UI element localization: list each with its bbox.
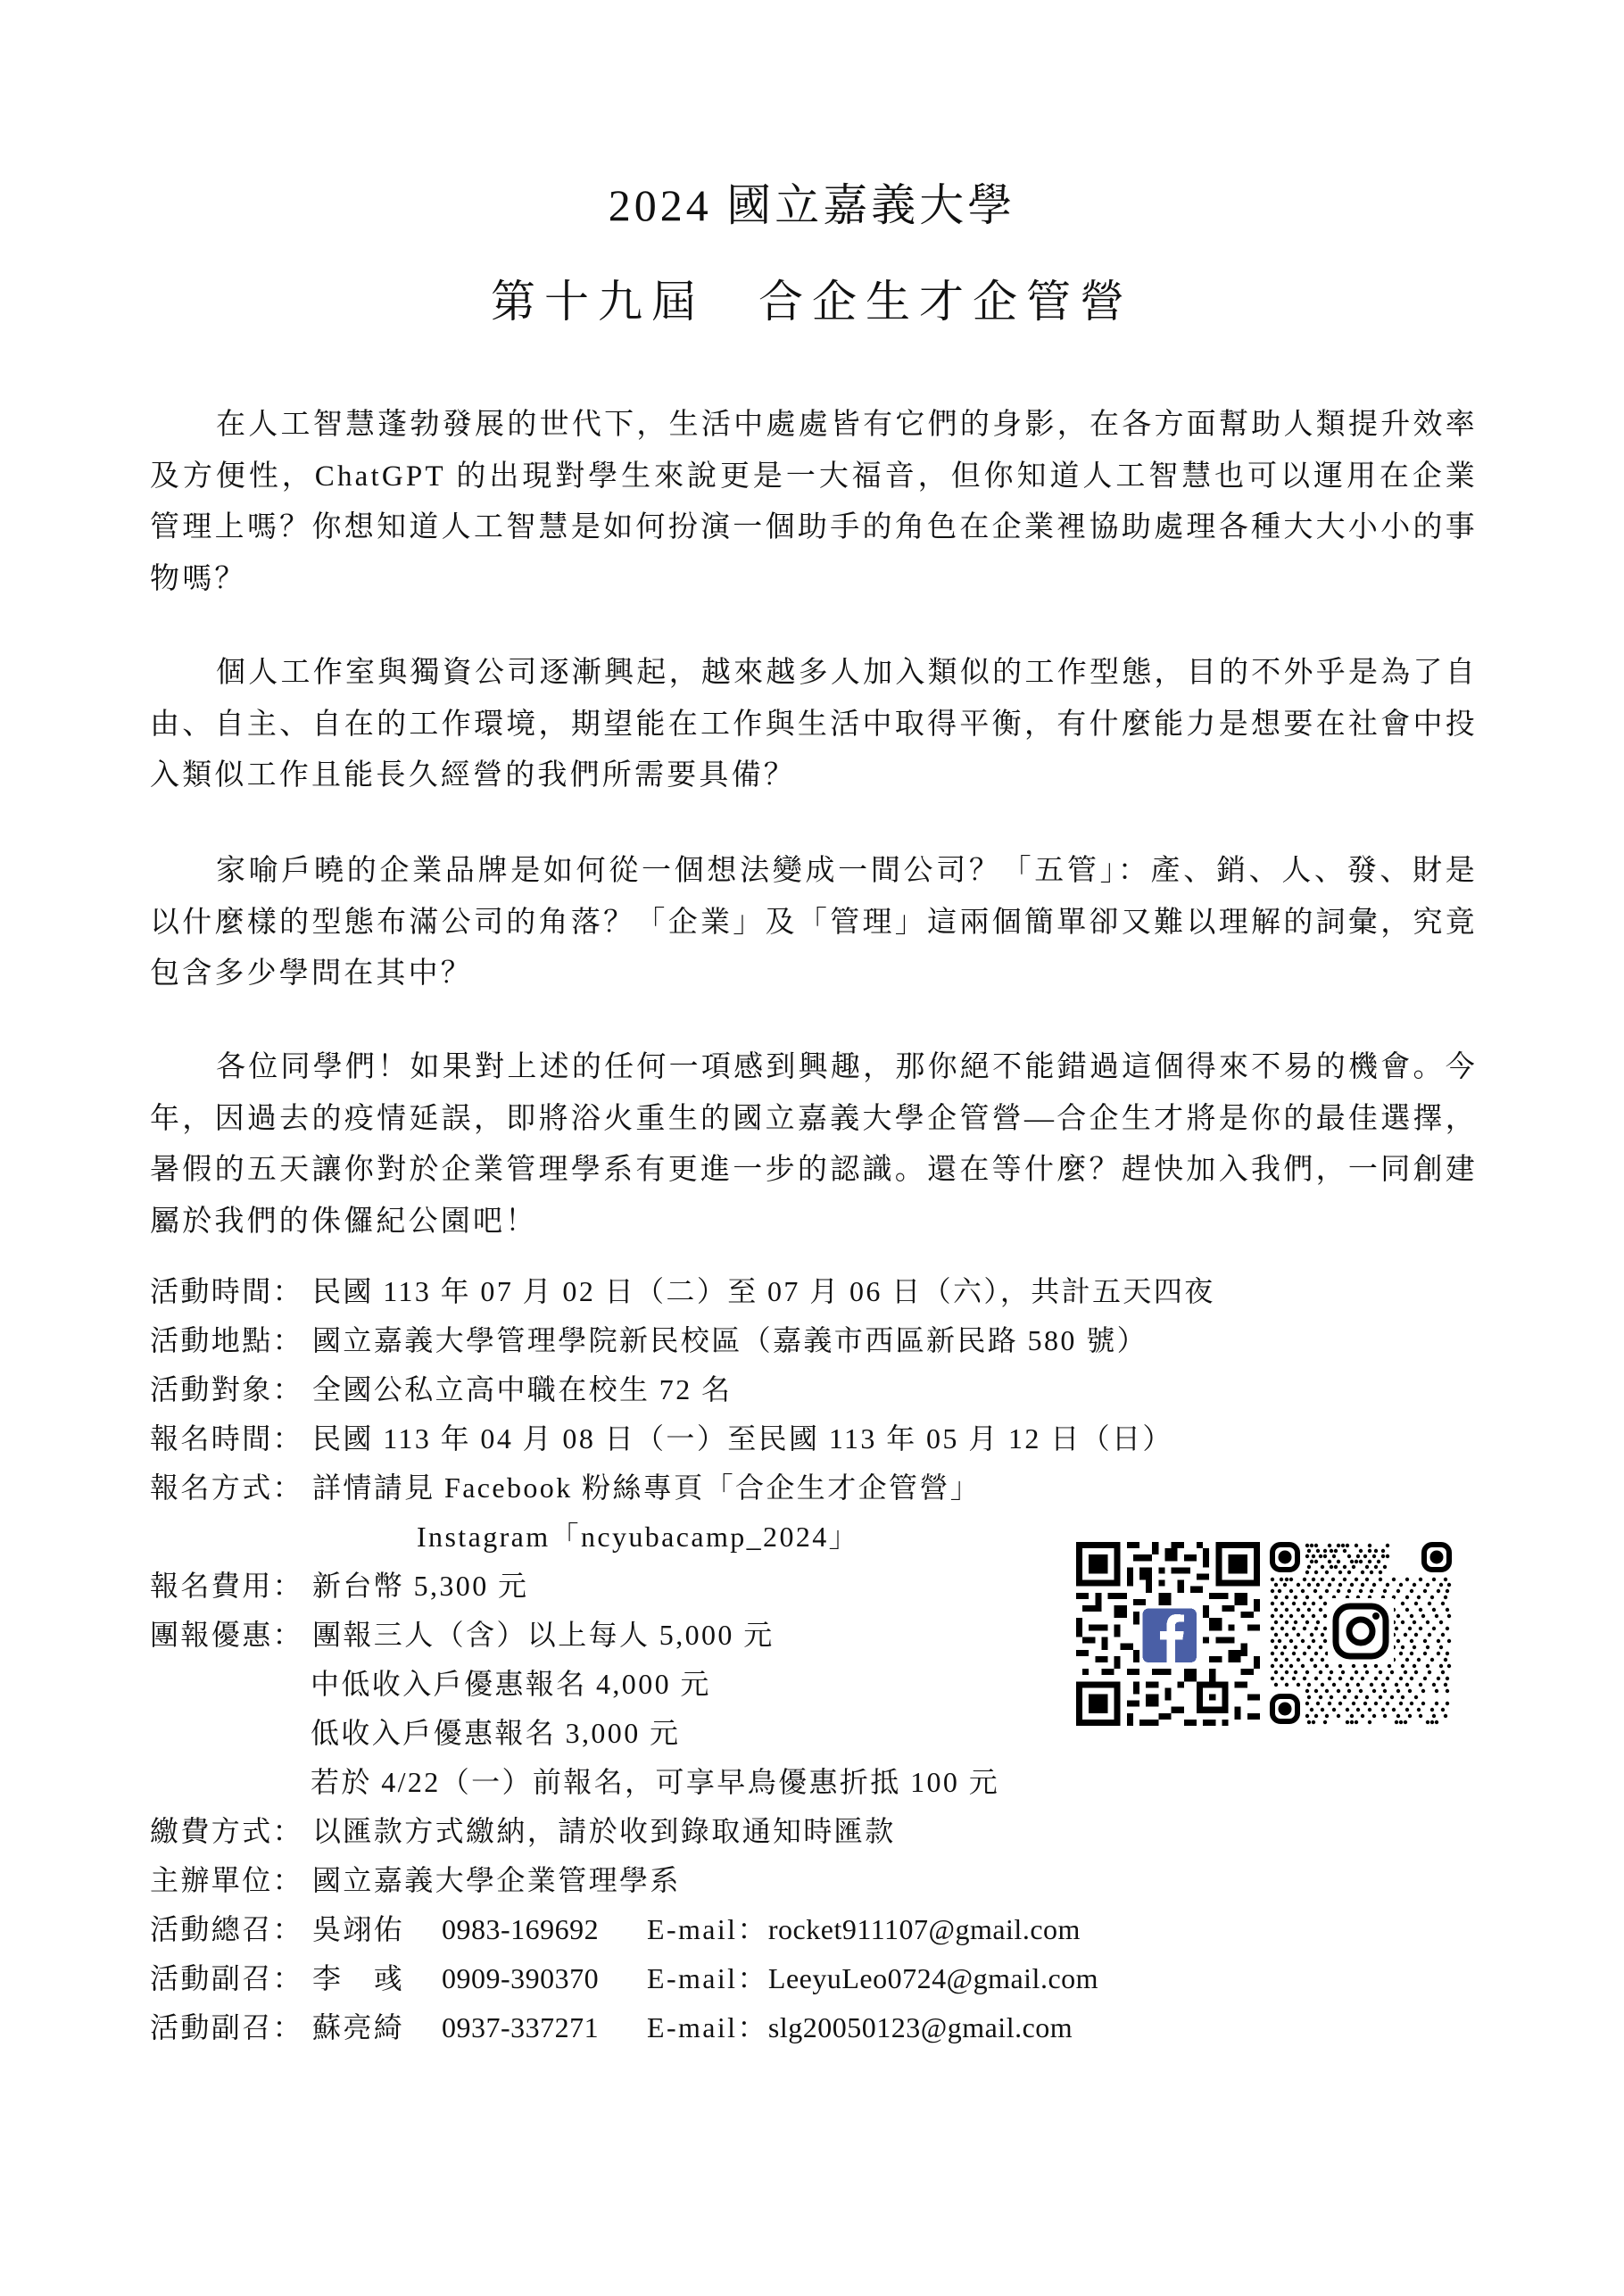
contact-name: 蘇亮綺 [312,2003,442,2052]
contact-email[interactable]: LeeyuLeo0724@gmail.com [768,1962,1098,1994]
info-label: 活動對象： [150,1365,312,1414]
intro-paragraph-invite: 各位同學們！如果對上述的任何一項感到興趣，那你絕不能錯過這個得來不易的機會。今年… [150,1042,1478,1247]
instagram-qr-code[interactable] [1269,1541,1453,1727]
info-row-organizer: 主辦單位：國立嘉義大學企業管理學系 [150,1856,681,1905]
instagram-account-reference: Instagram「ncyubacamp_2024」 [417,1513,859,1562]
contact-name: 吳翊佑 [312,1905,442,1954]
contact-phone: 0909-390370 [442,1954,647,2003]
qr-code-area [1076,1541,1454,1728]
info-value: 團報三人（含）以上每人 5,000 元 [312,1619,775,1651]
info-label: 活動總召： [150,1905,312,1954]
email-label: E-mail： [647,1913,768,1945]
info-label: 繳費方式： [150,1807,312,1856]
info-label: 報名方式： [150,1463,312,1513]
contact-phone: 0983-169692 [442,1905,647,1954]
info-row-activity-location: 活動地點：國立嘉義大學管理學院新民校區（嘉義市西區新民路 580 號） [150,1316,1148,1365]
info-row-activity-target: 活動對象：全國公私立高中職在校生 72 名 [150,1365,732,1414]
page-title: 2024 國立嘉義大學 [0,177,1624,234]
info-label: 報名時間： [150,1414,312,1463]
info-row-activity-time: 活動時間：民國 113 年 07 月 02 日（二）至 07 月 06 日（六）… [150,1267,1215,1316]
email-label: E-mail： [647,2011,768,2043]
info-row-group-discount: 團報優惠：團報三人（含）以上每人 5,000 元 [150,1611,775,1660]
info-label: 活動地點： [150,1316,312,1365]
facebook-page-reference: 詳情請見 Facebook 粉絲專頁「合企生才企管營」 [312,1471,981,1504]
info-label: 主辦單位： [150,1856,312,1905]
info-value: 新台幣 5,300 元 [312,1570,528,1602]
info-value: 國立嘉義大學企業管理學系 [312,1864,681,1896]
info-row-registration-fee: 報名費用：新台幣 5,300 元 [150,1562,528,1611]
page-subtitle: 第十九屆 合企生才企管營 [0,273,1624,330]
info-value: 以匯款方式繳納，請於收到錄取通知時匯款 [312,1815,896,1847]
info-row-registration-time: 報名時間：民國 113 年 04 月 08 日（一）至民國 113 年 05 月… [150,1414,1173,1463]
info-label: 報名費用： [150,1562,312,1611]
intro-paragraph-ai: 在人工智慧蓬勃發展的世代下，生活中處處皆有它們的身影，在各方面幫助人類提升效率及… [150,400,1478,605]
email-label: E-mail： [647,1962,768,1994]
info-label: 活動時間： [150,1267,312,1316]
facebook-qr-code[interactable] [1076,1541,1260,1727]
discount-sub-item-early-bird: 若於 4/22（一）前報名，可享早鳥優惠折抵 100 元 [311,1758,999,1807]
intro-paragraph-studio: 個人工作室與獨資公司逐漸興起，越來越多人加入類似的工作型態，目的不外乎是為了自由… [150,648,1478,802]
contact-email[interactable]: slg20050123@gmail.com [768,2011,1073,2043]
info-value: 民國 113 年 04 月 08 日（一）至民國 113 年 05 月 12 日… [312,1422,1173,1455]
discount-sub-item-low-income: 低收入戶優惠報名 3,000 元 [311,1709,680,1758]
info-label: 活動副召： [150,2003,312,2052]
intro-paragraph-brand: 家喻戶曉的企業品牌是如何從一個想法變成一間公司？「五管」：產、銷、人、發、財是以… [150,846,1478,1000]
contact-row-chief: 活動總召：吳翊佑0983-169692E-mail：rocket911107@g… [150,1905,1081,1954]
info-row-registration-method: 報名方式：詳情請見 Facebook 粉絲專頁「合企生才企管營」 [150,1463,981,1513]
contact-row-deputy-2: 活動副召：蘇亮綺0937-337271E-mail：slg20050123@gm… [150,2003,1073,2052]
info-row-payment-method: 繳費方式：以匯款方式繳納，請於收到錄取通知時匯款 [150,1807,896,1856]
flyer-page: 2024 國立嘉義大學 第十九屆 合企生才企管營 在人工智慧蓬勃發展的世代下，生… [0,0,1624,2296]
info-value: 國立嘉義大學管理學院新民校區（嘉義市西區新民路 580 號） [312,1324,1148,1356]
contact-phone: 0937-337271 [442,2003,647,2052]
contact-email[interactable]: rocket911107@gmail.com [768,1913,1081,1945]
info-value: 全國公私立高中職在校生 72 名 [312,1373,732,1405]
discount-sub-item-mid-low-income: 中低收入戶優惠報名 4,000 元 [311,1660,711,1709]
info-label: 團報優惠： [150,1611,312,1660]
info-label: 活動副召： [150,1954,312,2003]
contact-name: 李 彧 [312,1954,442,2003]
contact-row-deputy-1: 活動副召：李 彧0909-390370E-mail：LeeyuLeo0724@g… [150,1954,1098,2003]
info-value: 民國 113 年 07 月 02 日（二）至 07 月 06 日（六），共計五天… [312,1275,1215,1307]
